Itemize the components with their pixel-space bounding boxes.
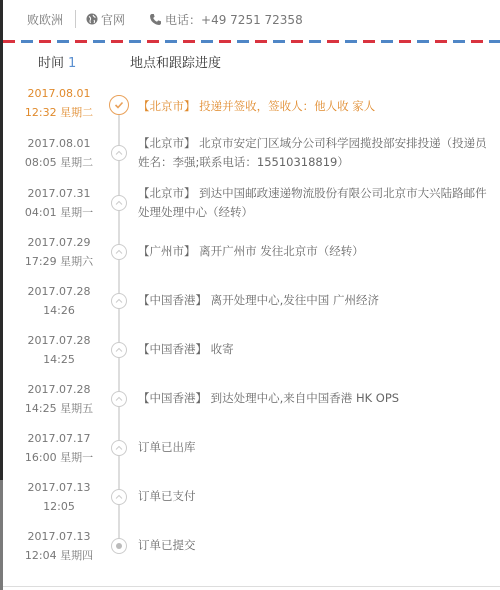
tracking-table-header: 时间1 地点和跟踪进度 [0,52,500,74]
bottom-divider [3,586,500,587]
chevron-up-icon [111,195,127,211]
chevron-up-icon [111,293,127,309]
event-datetime: 2017.08.0108:05 星期二 [0,134,118,172]
event-description: 订单已出库 [138,438,493,457]
event-datetime: 2017.07.2917:29 星期六 [0,233,118,271]
chevron-up-icon [111,145,127,161]
check-circle-icon [109,95,129,115]
chevron-up-icon [111,489,127,505]
location-column-header: 地点和跟踪进度 [130,52,221,71]
time-column-header: 时间1 [38,52,76,71]
event-description: 【北京市】 投递并签收，签收人：他人收 家人 [138,97,493,116]
globe-icon [86,13,98,25]
event-description: 订单已支付 [138,487,493,506]
event-description: 【中国香港】 离开处理中心,发往中国 广州经济 [138,291,493,310]
event-description: 【北京市】 北京市安定门区域分公司科学园揽投部安排投递（投递员姓名：李强;联系电… [138,134,493,172]
airmail-border-divider [3,40,500,43]
chevron-up-icon [111,440,127,456]
region-label: 败欧洲 [27,11,63,28]
chevron-up-icon [111,244,127,260]
divider [75,10,76,28]
dot-icon [111,538,127,554]
phone-contact: 电话：+49 7251 72358 [149,11,303,28]
event-datetime: 2017.07.1312:04 星期四 [0,527,118,565]
event-description: 【广州市】 离开广州市 发往北京市（经转） [138,242,493,261]
event-description: 【中国香港】 到达处理中心,来自中国香港 HK OPS [138,389,493,408]
text-cursor: 1 [68,56,76,71]
event-datetime: 2017.07.2814:26 [0,282,118,320]
event-datetime: 2017.07.2814:25 [0,331,118,369]
event-datetime: 2017.08.0112:32 星期二 [0,84,118,122]
top-info-bar: 败欧洲 官网 电话：+49 7251 72358 [0,0,500,38]
timeline-line [118,105,120,545]
official-site-label: 官网 [101,11,125,28]
chevron-up-icon [111,391,127,407]
event-datetime: 2017.07.2814:25 星期五 [0,380,118,418]
event-datetime: 2017.07.1312:05 [0,478,118,516]
event-datetime: 2017.07.3104:01 星期一 [0,184,118,222]
phone-label: 电话：+49 7251 72358 [165,11,303,28]
event-description: 【北京市】 到达中国邮政速递物流股份有限公司北京市大兴陆路邮件处理处理中心（经转… [138,184,493,222]
chevron-up-icon [111,342,127,358]
event-description: 订单已提交 [138,536,493,555]
official-site-link[interactable]: 官网 [86,11,125,28]
event-datetime: 2017.07.1716:00 星期一 [0,429,118,467]
event-description: 【中国香港】 收寄 [138,340,493,359]
phone-icon [149,13,162,26]
